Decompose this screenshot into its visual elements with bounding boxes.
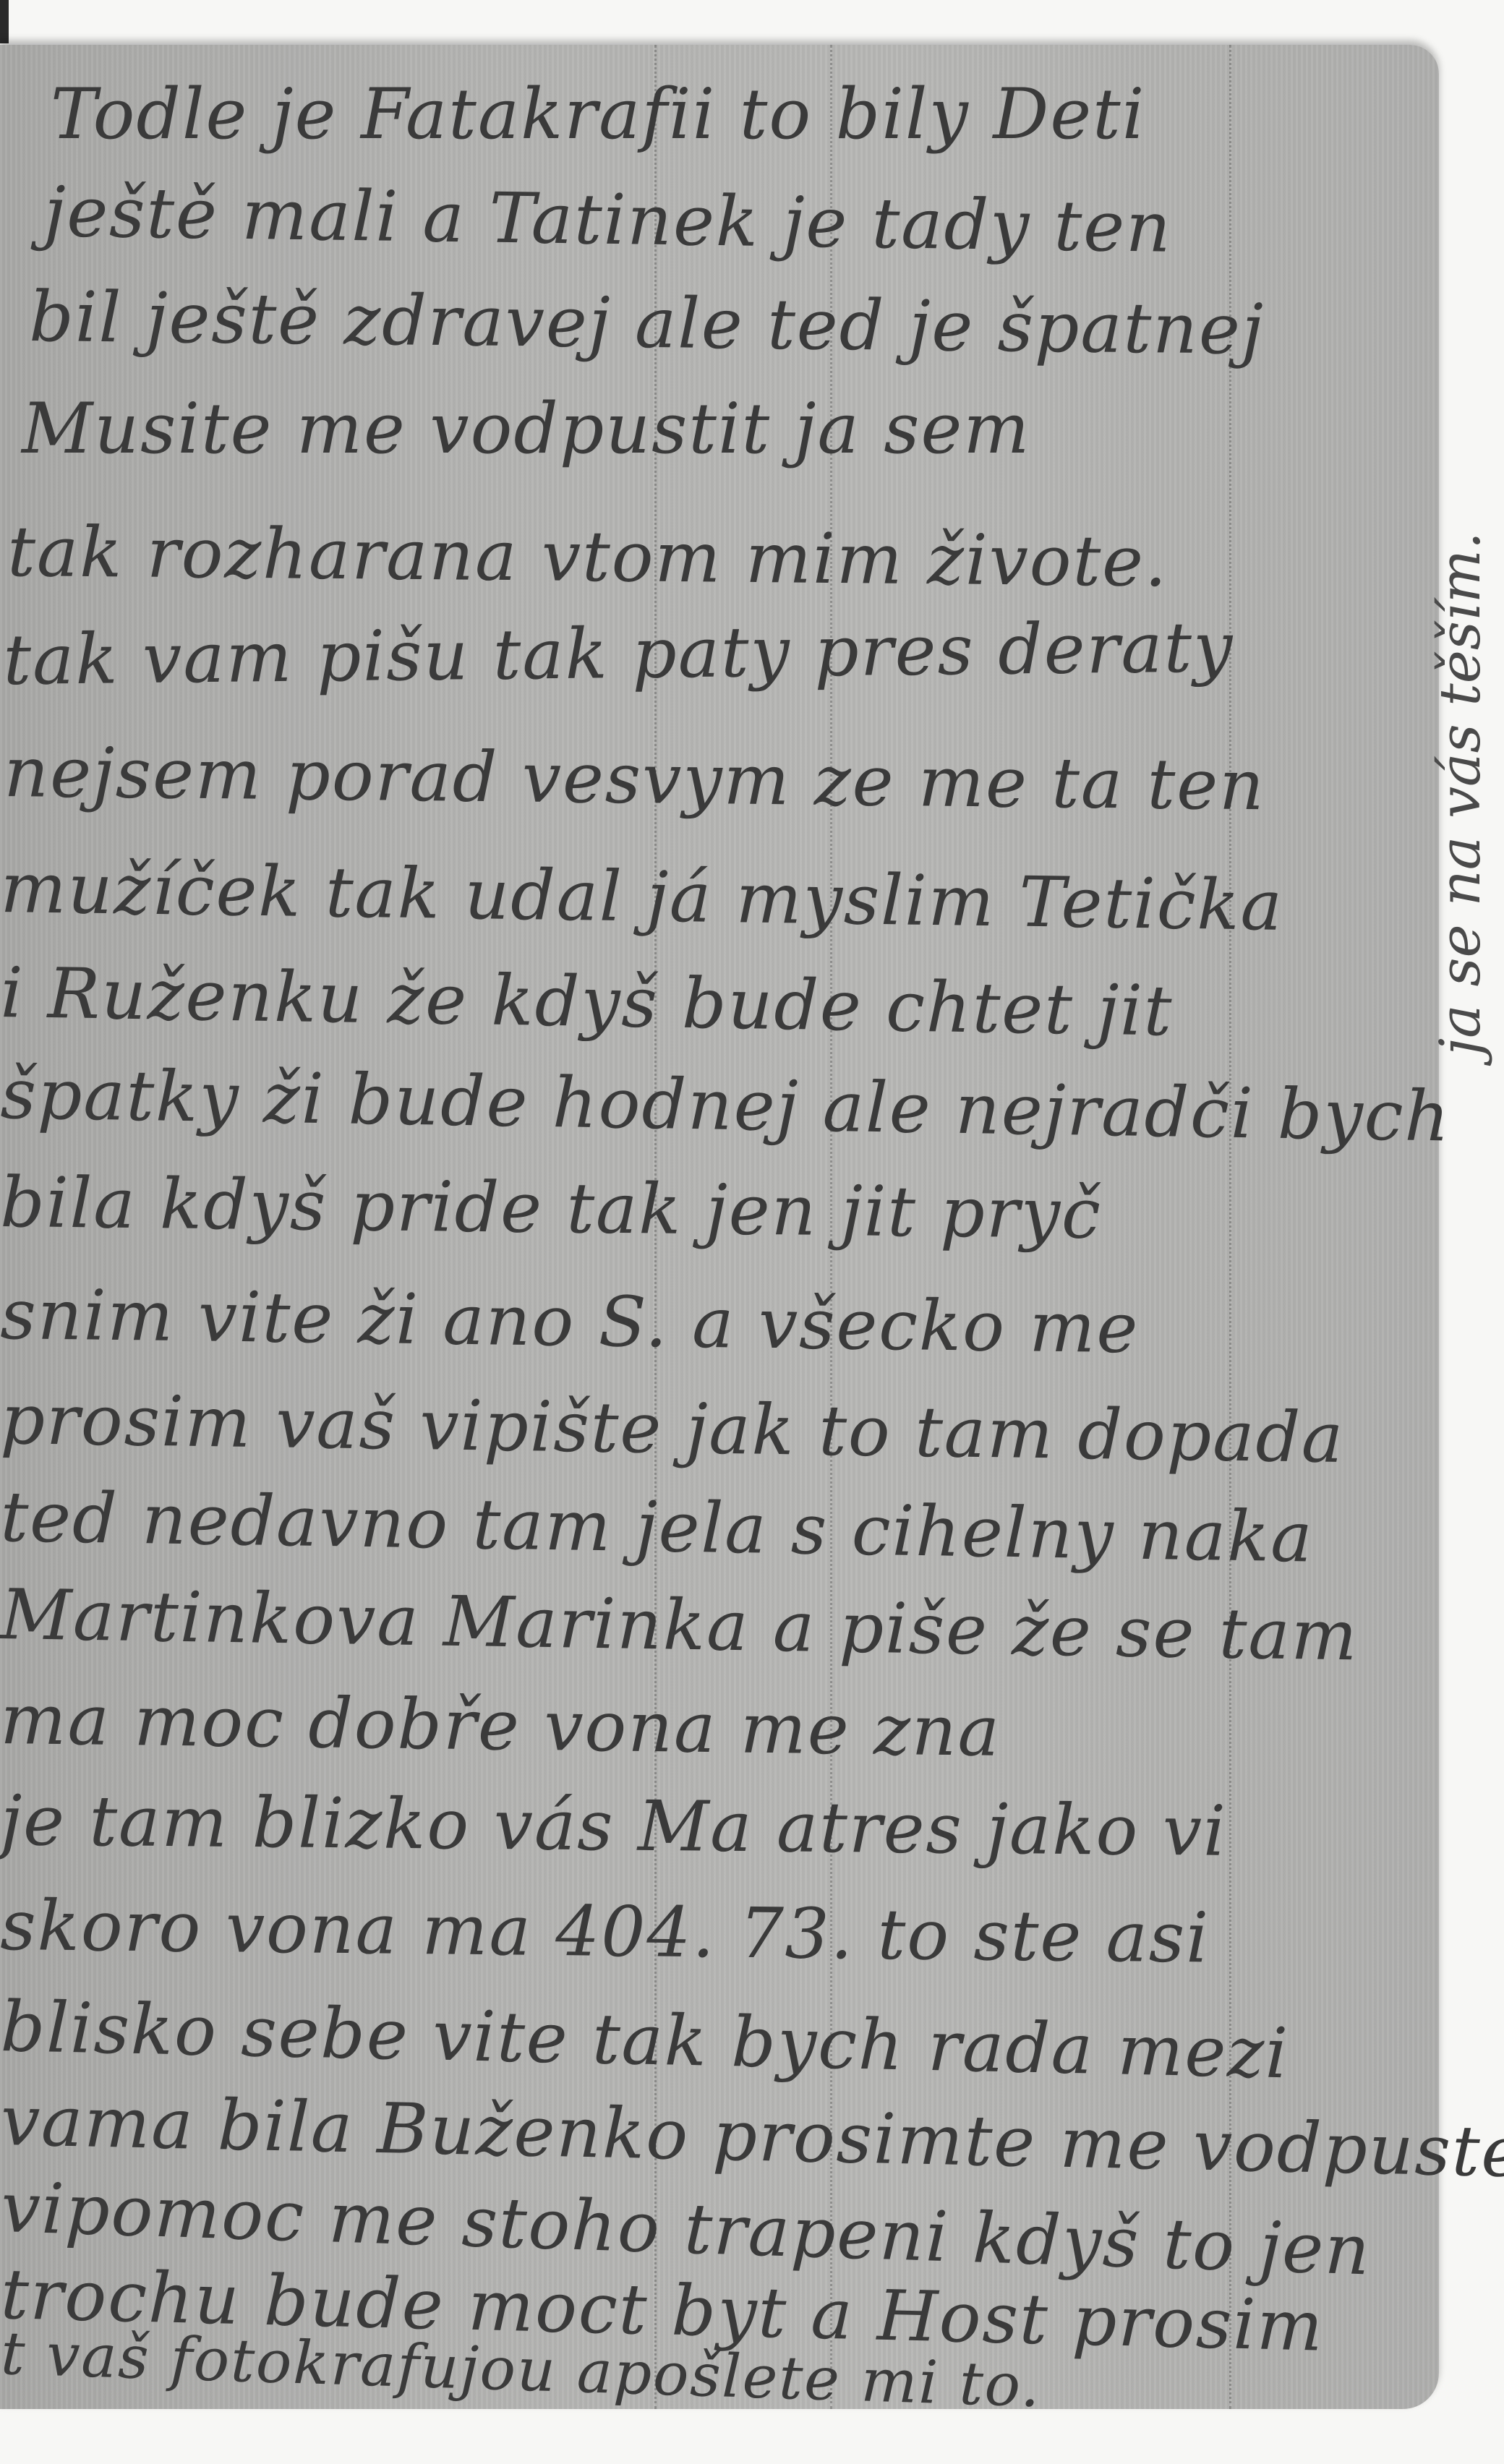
letter-line-5: tak rozharana vtom mim živote. xyxy=(7,517,1168,596)
letter-line-13: prosim vaš vipište jak to tam dopada xyxy=(0,1385,1345,1473)
letter-line-10: špatky ži bude hodnej ale nejradči bych xyxy=(0,1059,1451,1151)
scanner-edge-shadow xyxy=(0,0,9,43)
margin-note-vertical: ja se na vás těším. xyxy=(1428,531,1493,1056)
letter-line-4: Musite me vodpustit ja sem xyxy=(22,394,1030,463)
letter-line-7: nejsem porad vesvym ze me ta ten xyxy=(4,737,1265,820)
letter-line-3: bil ještě zdravej ale ted je špatnej xyxy=(29,282,1265,364)
letter-line-15: Martinkova Marinka a piše že se tam xyxy=(0,1580,1359,1670)
letter-line-2: ještě mali a Tatinek je tady ten xyxy=(43,177,1173,262)
letter-line-6: tak vam pišu tak paty pres deraty xyxy=(3,612,1234,695)
letter-line-12: snim vite ži ano S. a všecko me xyxy=(0,1280,1140,1363)
letter-line-1: Todle je Fatakrafii to bily Deti xyxy=(51,80,1145,149)
letter-line-18: skoro vona ma 404. 73. to ste asi xyxy=(0,1891,1210,1973)
letter-line-17: je tam blizko vás Ma atres jako vi xyxy=(0,1786,1227,1866)
letter-line-8: mužíček tak udal já myslim Tetička xyxy=(0,853,1284,941)
letter-line-9: i Ruženku že kdyš bude chtet jit xyxy=(0,958,1174,1045)
letter-line-16: ma moc dobře vona me zna xyxy=(0,1685,1001,1766)
letter-line-14: ted nedavno tam jela s cihelny naka xyxy=(0,1482,1314,1573)
letter-line-11: bila kdyš pride tak jen jit pryč xyxy=(0,1168,1102,1249)
